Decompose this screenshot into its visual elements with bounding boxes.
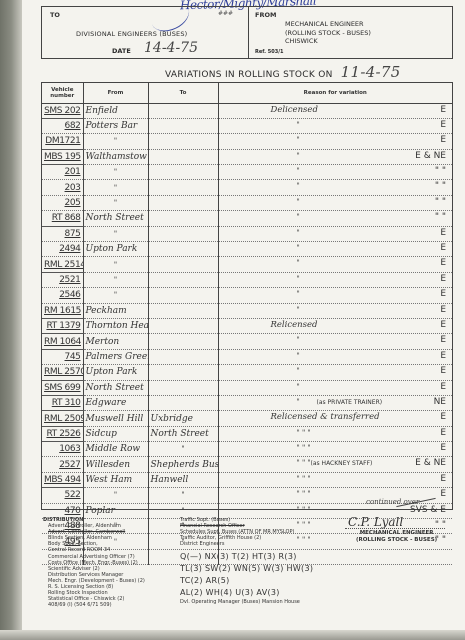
table-row: MBS 494West HamHanwell" " "E [42,472,452,487]
to-garage [148,395,218,410]
column-header-vehicle: Vehicle number [42,83,83,103]
classification-code: E [440,428,446,438]
reason-cell: " " "E [218,442,452,457]
from-line: MECHANICAL ENGINEER [285,20,371,29]
classification-code: E [440,120,446,130]
from-garage: " [83,488,148,503]
vehicle-number: 2546 [42,288,83,303]
distribution-list-2: Traffic Supt. (Buses)Financial Research … [180,517,313,605]
reason-text: " [297,244,300,252]
table-row: 1063Middle Row"" " "E [42,442,452,457]
distribution-list: DISTRIBUTION Advert. Controller, Aldenha… [43,517,145,608]
from-garage: West Ham [83,472,148,487]
classification-code: E [440,305,446,315]
to-garage [148,195,218,210]
column-header-reason: Reason for variation [218,83,452,103]
table-row: 875""E [42,226,452,241]
from-garage: " [83,272,148,287]
reason-cell: RelicensedE [218,318,452,333]
to-garage [148,103,218,118]
to-garage: " [148,442,218,457]
from-garage: Edgware [83,395,148,410]
classification-code: " " [435,197,446,207]
to-garage: North Street [148,426,218,441]
to-label: TO [50,11,60,19]
to-garage [148,303,218,318]
vehicle-number: 522 [42,488,83,503]
to-recipient: DIVISIONAL ENGINEERS (BUSES) [76,30,187,38]
vehicle-number: MBS 195 [42,149,83,164]
reason-cell: "E [218,257,452,272]
reference-number: Ref. 503/1 [255,49,284,55]
reason-text: " [297,398,300,406]
vehicle-number: RM 1615 [42,303,83,318]
reason-text: " " " [297,490,311,498]
table-row: RM 1064Merton"E [42,334,452,349]
table-row: RML 2509Muswell HillUxbridgeRelicensed &… [42,411,452,426]
column-header-to: To [148,83,218,103]
classification-code: E [440,289,446,299]
date-label: DATE [112,47,131,55]
reason-cell: "E [218,134,452,149]
reason-cell: "E [218,288,452,303]
from-garage: North Street [83,211,148,226]
to-garage [148,334,218,349]
vehicle-number: 2527 [42,457,83,472]
reason-note: (as HACKNEY STAFF) [311,460,373,467]
classification-code: E [440,320,446,330]
from-garage: " [83,195,148,210]
reason-text: Delicensed [271,105,318,115]
signatory-title: MECHANICAL ENGINEER (ROLLING STOCK - BUS… [356,530,437,544]
reason-cell: "E [218,334,452,349]
classification-code: E [440,474,446,484]
reason-text: " [297,336,300,344]
from-garage: " [83,288,148,303]
reason-cell: "E [218,242,452,257]
reason-cell: "E [218,226,452,241]
from-section: FROM MECHANICAL ENGINEER (ROLLING STOCK … [249,7,452,58]
from-garage: Walthamstow [83,149,148,164]
distribution-item: Costs Office (Mech. Engr.-Buses) (2) [43,560,145,566]
table-row: 205""" " [42,195,452,210]
title-date: 11-4-75 [341,63,401,81]
to-garage [148,165,218,180]
reason-cell: "E [218,272,452,287]
signature-line [345,528,445,529]
reason-cell: " " "E [218,426,452,441]
table-row: 2527WillesdenShepherds Bush" " "(as HACK… [42,457,452,472]
classification-code: " " [435,181,446,191]
table-row: RT 2526SidcupNorth Street" " "E [42,426,452,441]
from-sender: MECHANICAL ENGINEER (ROLLING STOCK - BUS… [285,20,371,46]
signatory-line: (ROLLING STOCK - BUSES) [356,537,437,544]
from-garage: Muswell Hill [83,411,148,426]
from-line: (ROLLING STOCK - BUSES) [285,29,371,38]
reason-text: " " " [297,444,311,452]
classification-code: E [440,228,446,238]
vehicle-number: 2521 [42,272,83,287]
vehicle-number: RT 868 [42,211,83,226]
table-row: RM 1615Peckham"E [42,303,452,318]
from-garage: Merton [83,334,148,349]
vehicle-number: RT 2526 [42,426,83,441]
table-row: RML 2570Upton Park"E [42,365,452,380]
classification-code: E [440,382,446,392]
to-garage [148,380,218,395]
table-row: 2521""E [42,272,452,287]
table-row: RML 2514""E [42,257,452,272]
classification-code: E & NE [415,151,446,161]
reason-text: " [297,352,300,360]
reason-cell: Relicensed & transferredE [218,411,452,426]
table-row: 2494Upton Park"E [42,242,452,257]
reason-text: " [297,383,300,391]
vehicle-number: 203 [42,180,83,195]
document-title: VARIATIONS IN ROLLING STOCK ON 11-4-75 [165,63,401,81]
reason-text: " [297,121,300,129]
table-row: RT 1379Thornton HeathRelicensedE [42,318,452,333]
reason-cell: "E [218,380,452,395]
from-garage: Willesden [83,457,148,472]
classification-code: E [440,243,446,253]
reason-text: " " " [297,506,311,514]
distribution-item: District Engineers [180,541,313,547]
column-header-from: From [83,83,148,103]
district-codes-line: AL(2) WH(4) U(3) AV(3) [180,587,313,599]
table-row: RT 868North Street"" " [42,211,452,226]
vehicle-number: MBS 494 [42,472,83,487]
classification-code: E [440,489,446,499]
district-codes-line: TC(2) AR(5) [180,575,313,587]
from-garage: Potters Bar [83,118,148,133]
classification-code: E [440,412,446,422]
reason-text: " [297,306,300,314]
classification-code: E [440,105,446,115]
vehicle-number: RML 2509 [42,411,83,426]
from-line: CHISWICK [285,37,371,46]
vehicle-number: RT 310 [42,395,83,410]
to-garage [148,365,218,380]
to-garage [148,134,218,149]
reason-cell: " " "(as HACKNEY STAFF)E & NE [218,457,452,472]
date-value: 14-4-75 [144,40,198,56]
reason-cell: "" " [218,211,452,226]
title-text: VARIATIONS IN ROLLING STOCK ON [165,70,333,80]
reason-text: " [297,259,300,267]
reason-cell: "E [218,365,452,380]
vehicle-number: 1063 [42,442,83,457]
reason-cell: "(as PRIVATE TRAINER)NE [218,395,452,410]
to-garage [148,272,218,287]
classification-code: E [440,258,446,268]
from-garage: Peckham [83,303,148,318]
reason-text: Relicensed & transferred [271,412,380,422]
vehicle-number: 205 [42,195,83,210]
from-garage: " [83,165,148,180]
classification-code: " " [435,166,446,176]
table-row: DM1721""E [42,134,452,149]
distribution-footer: Dvl. Operating Manager (Buses) Mansion H… [180,599,313,605]
classification-code: NE [434,397,446,407]
reason-text: " [297,167,300,175]
to-garage [148,257,218,272]
reason-cell: "" " [218,180,452,195]
scan-left-edge [0,0,22,640]
table-row: 201""" " [42,165,452,180]
from-garage: North Street [83,380,148,395]
vehicle-number: RML 2514 [42,257,83,272]
table-row: MBS 195Walthamstow"E & NE [42,149,452,164]
vehicle-number: 745 [42,349,83,364]
reason-text: " [297,182,300,190]
from-garage: Upton Park [83,242,148,257]
table-row: SMS 699North Street"E [42,380,452,395]
to-garage [148,180,218,195]
to-garage [148,349,218,364]
classification-code: E [440,366,446,376]
vehicle-number: 2494 [42,242,83,257]
signature: C.P. Lyall [348,515,403,529]
table-row: 203""" " [42,180,452,195]
table-row: 745Palmers Green"E [42,349,452,364]
reason-cell: " " "E [218,472,452,487]
from-garage: Thornton Heath [83,318,148,333]
to-garage [148,226,218,241]
from-label: FROM [255,11,276,19]
to-garage [148,318,218,333]
reason-text: " [297,275,300,283]
to-garage [148,288,218,303]
from-garage: " [83,226,148,241]
vehicle-number: 682 [42,118,83,133]
vehicle-number: RT 1379 [42,318,83,333]
reason-cell: DelicensedE [218,103,452,118]
from-garage: Palmers Green [83,349,148,364]
to-garage: Shepherds Bush [148,457,218,472]
distribution-item: 408/69 (I) (504 6/71 509) [43,602,145,608]
reason-text: " " " [297,475,311,483]
district-codes-line: TL(3) SW(2) WN(5) W(3) HW(3) [180,563,313,575]
signatory-line: MECHANICAL ENGINEER [356,530,437,537]
to-garage [148,211,218,226]
memo-header: TO DIVISIONAL ENGINEERS (BUSES) DATE 14-… [41,6,453,59]
reason-text: " [297,367,300,375]
reason-cell: "E [218,349,452,364]
from-garage: " [83,180,148,195]
reason-cell: "" " [218,165,452,180]
from-garage: Upton Park [83,365,148,380]
from-garage: " [83,134,148,149]
table-row: 682Potters Bar"E [42,118,452,133]
reason-text: " [297,152,300,160]
from-garage: Enfield [83,103,148,118]
distribution-item: Commercial Advertising Officer (7) [43,554,145,560]
to-garage [148,242,218,257]
reason-text: " [297,136,300,144]
classification-code: " " [435,212,446,222]
table-row: 2546""E [42,288,452,303]
vehicle-number: SMS 699 [42,380,83,395]
table-header-row: Vehicle number From To Reason for variat… [42,83,452,103]
to-section: TO DIVISIONAL ENGINEERS (BUSES) DATE 14-… [42,7,249,58]
reason-text: " " " [297,429,311,437]
to-garage: Uxbridge [148,411,218,426]
vehicle-number: SMS 202 [42,103,83,118]
classification-code: E [440,351,446,361]
to-garage: " [148,488,218,503]
to-garage [148,149,218,164]
from-garage: Sidcup [83,426,148,441]
vehicle-number: RM 1064 [42,334,83,349]
reason-text: Relicensed [271,320,318,330]
classification-code: E & NE [415,458,446,468]
reason-cell: "E [218,303,452,318]
variations-table: Vehicle number From To Reason for variat… [41,82,453,510]
classification-code: E [440,135,446,145]
from-garage: " [83,257,148,272]
vehicle-number: DM1721 [42,134,83,149]
vehicle-number: 201 [42,165,83,180]
reason-cell: "E [218,118,452,133]
vehicle-number: RML 2570 [42,365,83,380]
reason-text: " [297,229,300,237]
reason-text: " " " [297,459,311,467]
reason-text: " [297,290,300,298]
from-garage: Middle Row [83,442,148,457]
classification-code: E [440,335,446,345]
scan-bottom-edge [0,630,465,640]
vehicle-number: 875 [42,226,83,241]
reason-cell: "E & NE [218,149,452,164]
classification-code: E [440,443,446,453]
district-codes-line: Q(—) NX(3) T(2) HT(3) R(3) [180,551,313,563]
table-row: SMS 202EnfieldDelicensedE [42,103,452,118]
to-garage: Hanwell [148,472,218,487]
classification-code: SVS & E [410,505,446,515]
reason-text: " [297,198,300,206]
reason-cell: "" " [218,195,452,210]
table-row: RT 310Edgware"(as PRIVATE TRAINER)NE [42,395,452,410]
reason-note: (as PRIVATE TRAINER) [317,399,383,406]
to-garage [148,118,218,133]
classification-code: E [440,274,446,284]
reason-text: " [297,213,300,221]
